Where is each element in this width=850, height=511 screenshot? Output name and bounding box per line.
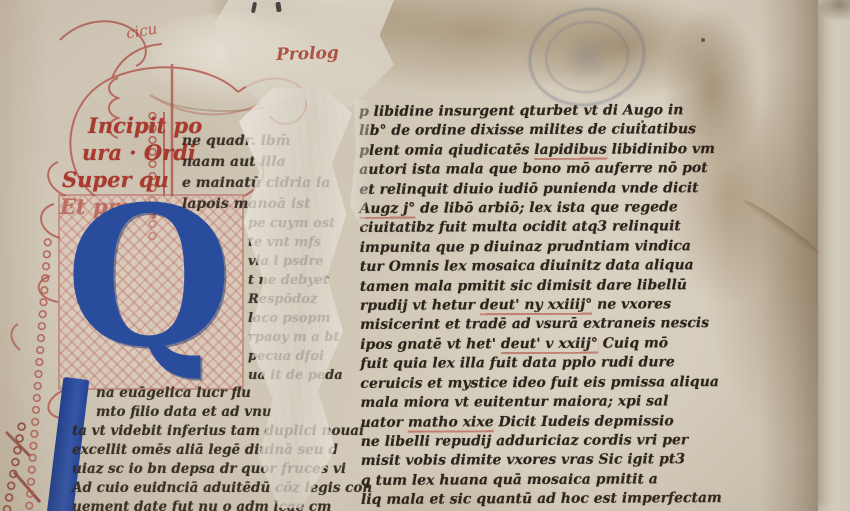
parchment-page: Incipit poura · OrdiSuper quEt pmo p Q n… bbox=[0, 0, 818, 511]
manuscript-photo: Incipit poura · OrdiSuper quEt pmo p Q n… bbox=[0, 0, 850, 511]
photo-vignette bbox=[0, 0, 818, 511]
